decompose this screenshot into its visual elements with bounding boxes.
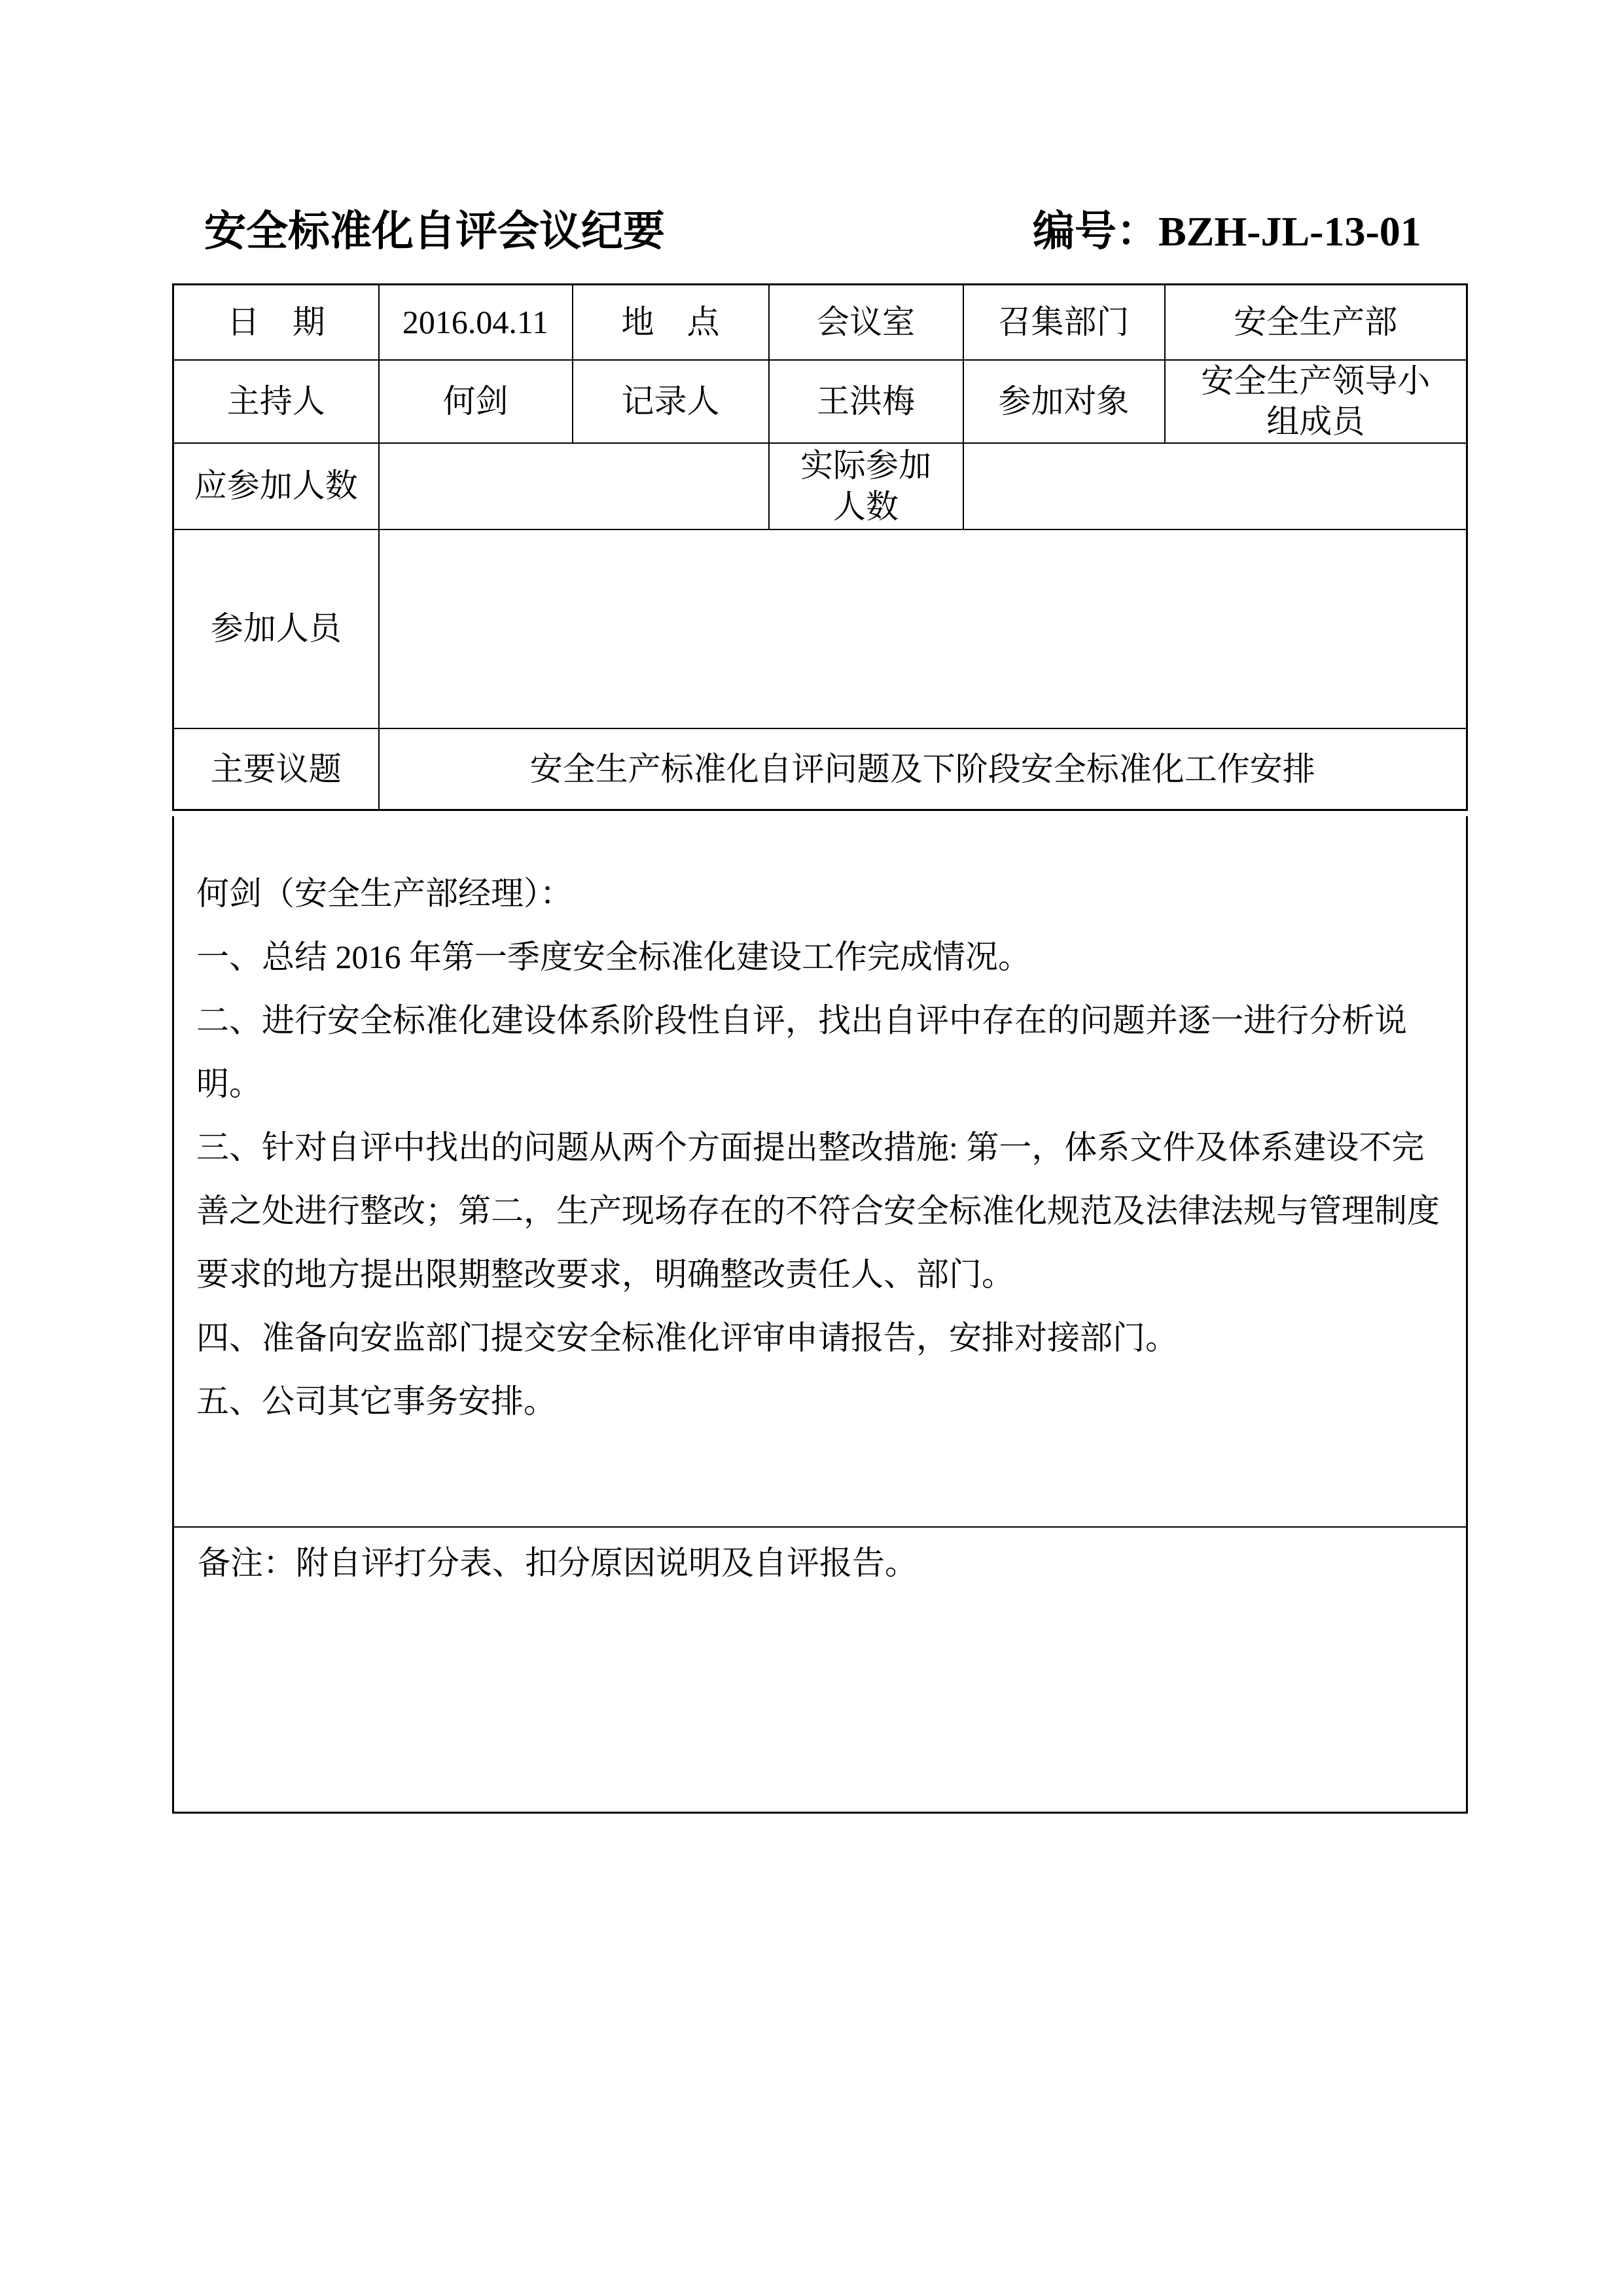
target-value-cell: 安全生产领导小组成员 [1165,360,1467,443]
place-label-cell: 地 点 [573,285,769,360]
convener-value-cell: 安全生产部 [1165,285,1467,360]
place-value-cell: 会议室 [769,285,963,360]
date-label-cell: 日 期 [173,285,379,360]
actual-count-value-cell [963,443,1467,529]
table-row: 备注：附自评打分表、扣分原因说明及自评报告。 [173,1527,1467,1812]
target-label-cell: 参加对象 [963,360,1165,443]
attendees-value-cell [379,529,1467,728]
table-row: 参加人员 [173,529,1467,728]
minutes-table: 何剑（安全生产部经理）： 一、总结 2016 年第一季度安全标准化建设工作完成情… [172,816,1468,1814]
host-value-cell: 何剑 [379,360,573,443]
minutes-item: 一、总结 2016 年第一季度安全标准化建设工作完成情况。 [196,925,1444,989]
minutes-item: 五、公司其它事务安排。 [196,1370,1444,1433]
expected-count-label-cell: 应参加人数 [173,443,379,529]
remarks-cell: 备注：附自评打分表、扣分原因说明及自评报告。 [173,1527,1467,1812]
minutes-item: 二、进行安全标准化建设体系阶段性自评，找出自评中存在的问题并逐一进行分析说明。 [196,989,1444,1116]
minutes-speaker: 何剑（安全生产部经理）： [196,862,1444,925]
host-label-cell: 主持人 [173,360,379,443]
convener-label-cell: 召集部门 [963,285,1165,360]
meeting-info-table: 日 期 2016.04.11 地 点 会议室 召集部门 安全生产部 主持人 何剑… [172,283,1468,811]
topic-value-cell: 安全生产标准化自评问题及下阶段安全标准化工作安排 [379,728,1467,810]
actual-count-label-cell: 实际参加人数 [769,443,963,529]
expected-count-value-cell [379,443,769,529]
table-row: 主要议题 安全生产标准化自评问题及下阶段安全标准化工作安排 [173,728,1467,810]
minutes-item: 四、准备向安监部门提交安全标准化评审申请报告，安排对接部门。 [196,1306,1444,1370]
recorder-label-cell: 记录人 [573,360,769,443]
date-value-cell: 2016.04.11 [379,285,573,360]
doc-number: 编号：BZH-JL-13-01 [1033,211,1421,253]
attendees-label-cell: 参加人员 [173,529,379,728]
doc-number-value: BZH-JL-13-01 [1158,208,1421,255]
table-row: 何剑（安全生产部经理）： 一、总结 2016 年第一季度安全标准化建设工作完成情… [173,816,1467,1527]
document-page: 安全标准化自评会议纪要 编号：BZH-JL-13-01 日 期 2016.04.… [0,0,1623,2296]
doc-number-label: 编号： [1033,208,1158,255]
topic-label-cell: 主要议题 [173,728,379,810]
recorder-value-cell: 王洪梅 [769,360,963,443]
page-title: 安全标准化自评会议纪要 [204,211,665,253]
document-header: 安全标准化自评会议纪要 编号：BZH-JL-13-01 [0,211,1623,263]
minutes-item: 三、针对自评中找出的问题从两个方面提出整改措施: 第一，体系文件及体系建设不完善… [196,1116,1444,1306]
table-row: 主持人 何剑 记录人 王洪梅 参加对象 安全生产领导小组成员 [173,360,1467,443]
table-row: 日 期 2016.04.11 地 点 会议室 召集部门 安全生产部 [173,285,1467,360]
minutes-content-cell: 何剑（安全生产部经理）： 一、总结 2016 年第一季度安全标准化建设工作完成情… [173,816,1467,1527]
table-row: 应参加人数 实际参加人数 [173,443,1467,529]
